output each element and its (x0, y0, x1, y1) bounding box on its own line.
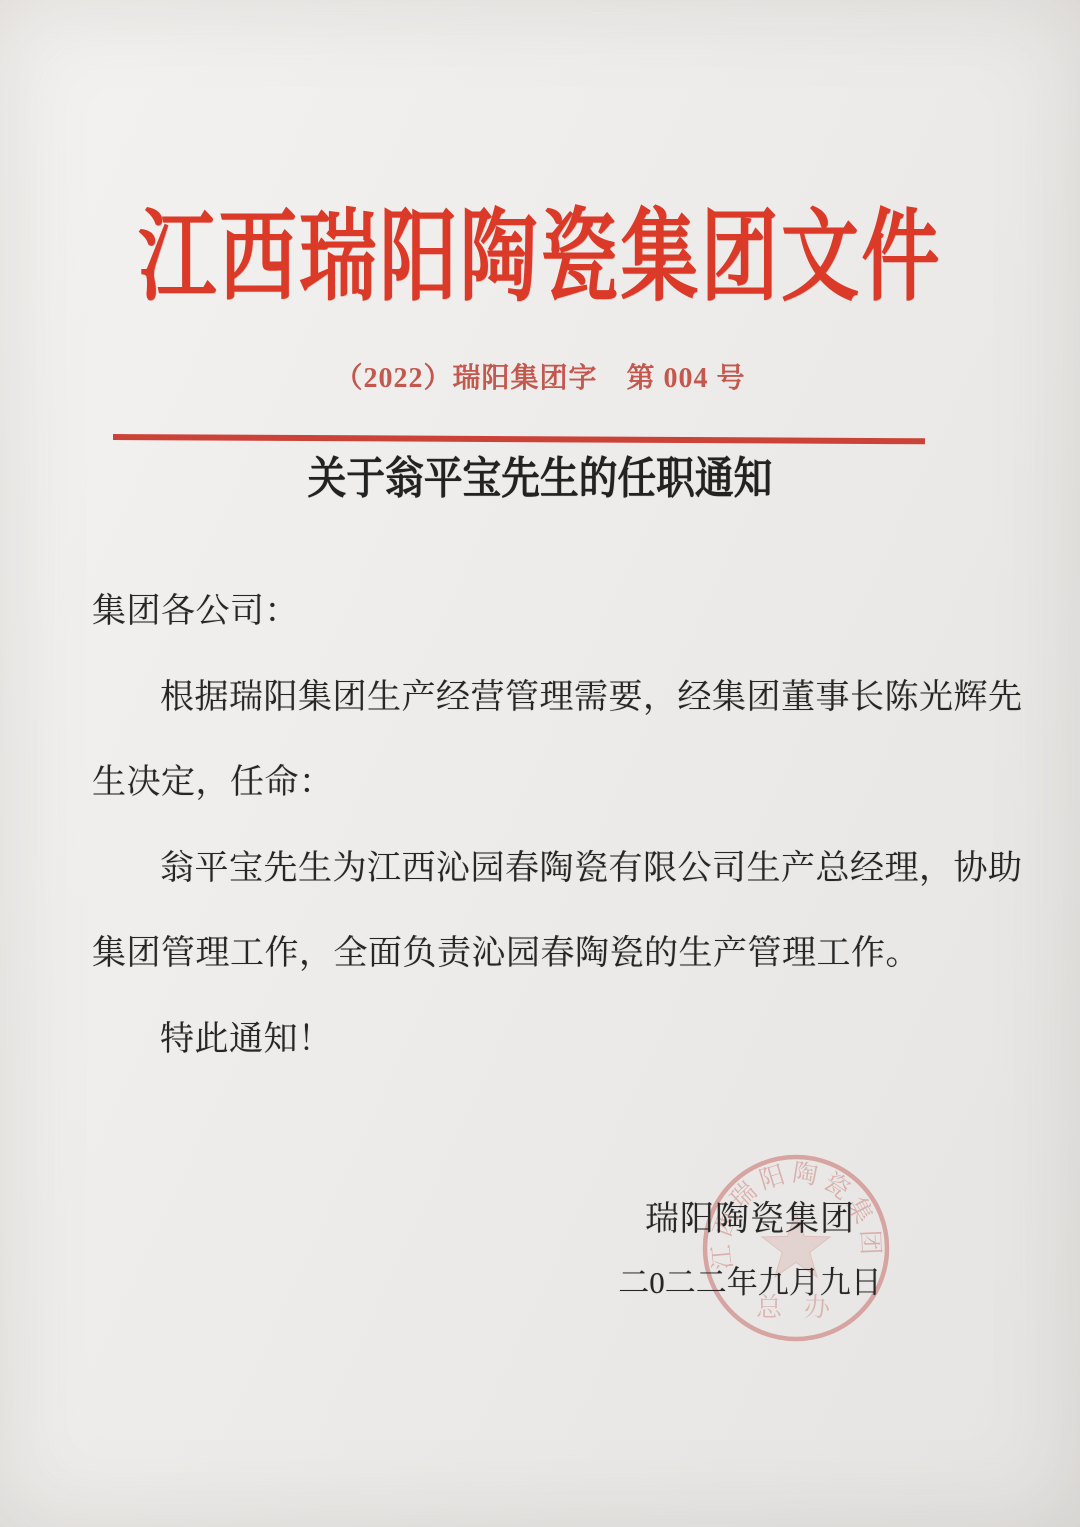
salutation-line: 集团各公司： (92, 569, 1022, 655)
body-line: 翁平宝先生为江西沁园春陶瓷有限公司生产总经理，协助 (92, 826, 1022, 912)
red-separator-rule (113, 434, 925, 444)
official-document-page: 江西瑞阳陶瓷集团文件 （2022）瑞阳集团字 第 004 号 关于翁平宝先生的任… (0, 0, 1080, 1527)
closing-line: 特此通知！ (92, 997, 1022, 1083)
official-seal-stamp: 江西瑞阳陶瓷集团 总办 (696, 1148, 896, 1348)
letter-body: 集团各公司： 根据瑞阳集团生产经营管理需要，经集团董事长陈光辉先 生决定，任命：… (92, 569, 1022, 1083)
signature-date: 二0二二年九月九日 (580, 1262, 920, 1304)
subject-heading: 关于翁平宝先生的任职通知 (0, 450, 1080, 507)
letterhead-banner: 江西瑞阳陶瓷集团文件 (0, 198, 1080, 318)
subject-heading-text: 关于翁平宝先生的任职通知 (308, 450, 773, 507)
signature-org: 瑞阳陶瓷集团 (580, 1198, 920, 1242)
body-line: 生决定，任命： (92, 740, 1022, 826)
document-number: （2022）瑞阳集团字 第 004 号 (0, 364, 1080, 395)
body-line: 集团管理工作，全面负责沁园春陶瓷的生产管理工作。 (92, 911, 1022, 997)
body-line: 根据瑞阳集团生产经营管理需要，经集团董事长陈光辉先 (92, 655, 1022, 741)
letterhead-banner-text: 江西瑞阳陶瓷集团文件 (138, 198, 941, 318)
